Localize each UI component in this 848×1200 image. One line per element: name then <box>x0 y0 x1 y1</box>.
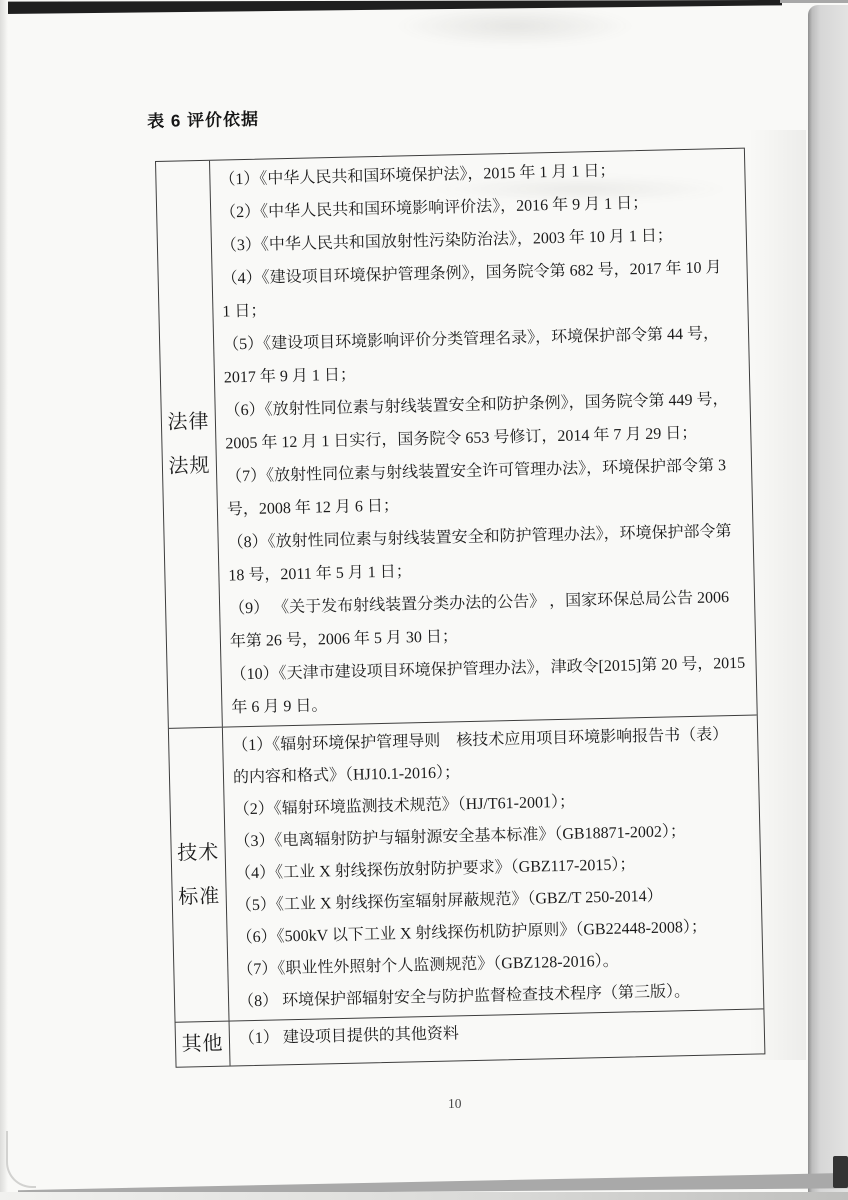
scan-artifact-corner <box>833 1156 848 1188</box>
row-content-laws: （1）《中华人民共和国环境保护法》，2015 年 1 月 1 日； （2）《中华… <box>210 149 757 727</box>
row-header-other: 其他 <box>176 1022 231 1067</box>
table-row-laws: 法律 法规 （1）《中华人民共和国环境保护法》，2015 年 1 月 1 日； … <box>156 149 757 728</box>
scan-artifact-bottom-strip <box>0 1192 848 1200</box>
table-caption: 表 6 评价依据 <box>147 96 751 134</box>
evaluation-basis-table: 法律 法规 （1）《中华人民共和国环境保护法》，2015 年 1 月 1 日； … <box>155 148 765 1068</box>
scan-content: 表 6 评价依据 法律 法规 （1）《中华人民共和国环境保护法》，2015 年 … <box>145 96 773 1068</box>
scan-artifact-left-edge <box>0 0 8 1200</box>
row-header-standards: 技术 标准 <box>169 728 230 1022</box>
scan-artifact-page-curl <box>6 1131 36 1188</box>
table-row-standards: 技术 标准 （1）《辐射环境保护管理导则 核技术应用项目环境影响报告书（表） 的… <box>169 714 764 1021</box>
row-header-label-line: 法律 <box>167 400 210 445</box>
text-line: （1） 建设项目提供的其他资料 <box>239 1013 760 1055</box>
row-header-label-line: 其他 <box>181 1022 224 1067</box>
row-header-label-line: 标准 <box>178 874 221 919</box>
row-header-label-line: 技术 <box>177 830 220 875</box>
page-number: 10 <box>448 1096 462 1112</box>
scan-artifact-top-right-line <box>780 0 848 3</box>
scan-artifact-right-page-edge <box>808 5 848 1200</box>
row-header-label-line: 法规 <box>168 444 211 489</box>
scan-artifact-smudge <box>395 5 635 47</box>
row-content-standards: （1）《辐射环境保护管理导则 核技术应用项目环境影响报告书（表） 的内容和格式》… <box>223 715 764 1020</box>
scanned-document-page: 表 6 评价依据 法律 法规 （1）《中华人民共和国环境保护法》，2015 年 … <box>0 0 848 1200</box>
scan-artifact-top-edge <box>4 0 782 14</box>
